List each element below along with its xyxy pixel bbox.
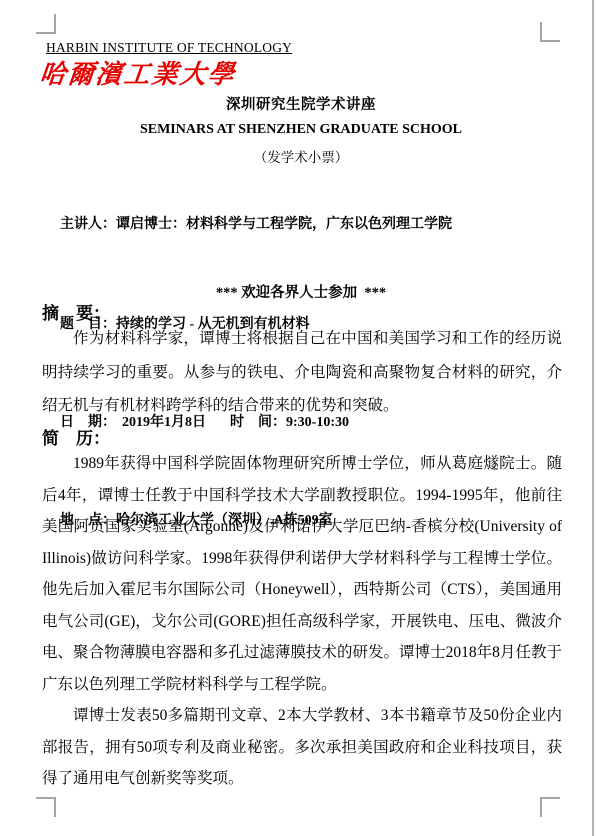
page-right-edge — [592, 0, 594, 836]
welcome-line: *** 欢迎各界人士参加 *** — [42, 281, 560, 302]
page-margin-mark-top-right — [540, 22, 560, 42]
bio-heading: 简 历： — [42, 424, 110, 449]
speaker-line: 主讲人：谭启博士：材料科学与工程学院，广东以色列理工学院 — [46, 196, 560, 253]
bio-section: 1989年获得中国科学院固体物理研究所博士学位，师从葛庭燧院士。随后4年，谭博士… — [42, 448, 562, 795]
bio-paragraph-1: 1989年获得中国科学院固体物理研究所博士学位，师从葛庭燧院士。随后4年，谭博士… — [42, 448, 562, 700]
bio-paragraph-2: 谭博士发表50多篇期刊文章、2本大学教材、3本书籍章节及50份企业内部报告，拥有… — [42, 700, 562, 795]
abstract-paragraph: 作为材料科学家，谭博士将根据自己在中国和美国学习和工作的经历说明持续学习的重要。… — [42, 322, 562, 423]
abstract-section: 作为材料科学家，谭博士将根据自己在中国和美国学习和工作的经历说明持续学习的重要。… — [42, 322, 562, 423]
speaker-value: 谭启博士：材料科学与工程学院，广东以色列理工学院 — [116, 217, 452, 232]
university-logo-calligraphy: 哈爾濱工業大學 — [38, 54, 238, 91]
page-margin-mark-top-left — [36, 14, 56, 34]
page-margin-mark-bottom-right — [540, 797, 560, 817]
page-margin-mark-bottom-left — [36, 797, 56, 817]
seminar-title-block: 深圳研究生院学术讲座 SEMINARS AT SHENZHEN GRADUATE… — [42, 93, 560, 166]
abstract-heading: 摘 要： — [42, 299, 110, 324]
ticket-note: （发学术小票） — [42, 146, 560, 166]
speaker-label: 主讲人： — [60, 217, 116, 232]
seminar-title-zh: 深圳研究生院学术讲座 — [42, 93, 560, 114]
seminar-title-en: SEMINARS AT SHENZHEN GRADUATE SCHOOL — [42, 122, 560, 138]
